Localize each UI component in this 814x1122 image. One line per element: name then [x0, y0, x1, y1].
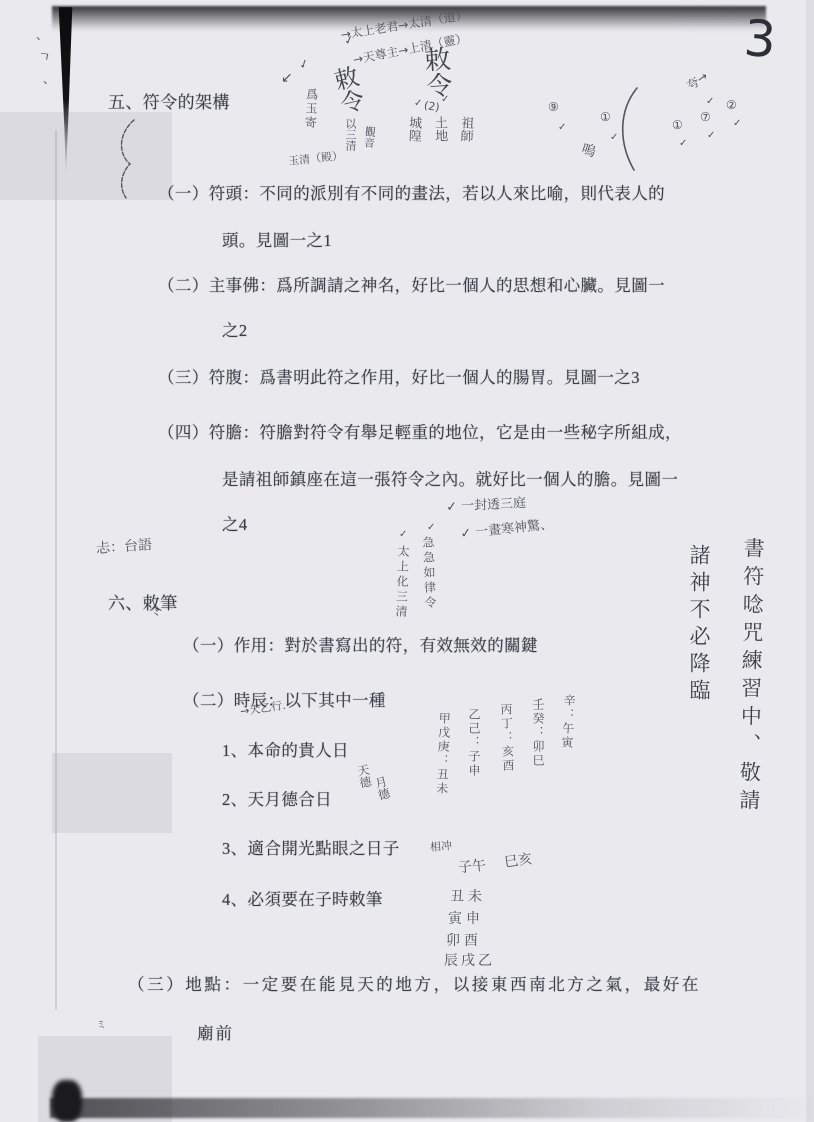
- scan-right-edge-shadow: [806, 0, 814, 1122]
- section5-item4-line2: 是請祖師鎮座在這一張符令之內。就好比一個人的膽。見圖一: [222, 466, 678, 490]
- section6-item3-line2: 廟前: [197, 1020, 234, 1044]
- annotation-clash-sihai: 巳亥: [503, 848, 534, 872]
- section5-item4-line1: （四）符膽：符膽對符令有舉足輕重的地位，它是由一些秘字所組成，: [158, 419, 682, 443]
- checkmark: ✓: [399, 529, 407, 540]
- annotation-temple-mark: ミ: [95, 1015, 107, 1032]
- annotation-clash-maoyou: 卯酉: [446, 930, 482, 950]
- margin-mark: ㄱ: [36, 45, 52, 66]
- annotation-clash-chouwei: 丑未: [450, 886, 486, 906]
- annotation-right-message-col2: 諸神不必降臨: [684, 544, 714, 706]
- circled-number-1: ①: [600, 110, 611, 124]
- annotation-mantra-jiji: 急急如律令: [420, 536, 440, 612]
- annotation-stems-col-bingding: 丙丁：亥酉: [498, 703, 517, 774]
- scan-blotch-bottom-left: [52, 1080, 82, 1122]
- section6-sub3: 3、適合開光點眼之日子: [222, 835, 400, 859]
- annotation-clash-chenxu: 辰戌乙: [444, 950, 495, 970]
- circled-number-7: ⑦: [700, 110, 711, 124]
- annotation-clash-yinshen: 寅申: [448, 908, 484, 928]
- hand-curve-right: [615, 86, 641, 174]
- annotation-guanyin-column: 觀音: [360, 125, 378, 148]
- annotation-corner-scribble: 夸→: [683, 67, 711, 94]
- annotation-yuqing-scribble: 玉清（殿）: [287, 147, 343, 169]
- page-number: 3: [742, 9, 778, 69]
- annotation-tick-small: 仒: [150, 602, 162, 619]
- section5-item3-line1: （三）符腹：爲書明此符之作用，好比一個人的腸胃。見圖一之3: [158, 364, 640, 388]
- scanned-document-page: 五、符令的架構 （一）符頭：不同的派別有不同的畫法，若以人來比喻，則代表人的 頭…: [0, 0, 814, 1122]
- section5-item1-line2: 頭。見圖一之1: [222, 227, 332, 251]
- paper-edge-line: [55, 130, 57, 1010]
- checkmark: ✓: [297, 56, 311, 73]
- annotation-seal-note-2: ✓ 一畫寒神驚、: [459, 513, 554, 542]
- margin-mark: 、: [36, 26, 48, 43]
- annotation-mantra-taishang: 太上化三清: [393, 545, 413, 621]
- hand-curve-brace: [112, 118, 144, 202]
- annotation-chiling-2: 敕令: [416, 45, 457, 99]
- checkmark: ✓: [707, 130, 715, 141]
- annotation-right-message-col1: 書符唸咒練習中、敬請: [734, 537, 769, 817]
- annotation-sanqing-column: 以三清: [342, 118, 358, 151]
- section6-sub4: 4、必須要在子時敕筆: [222, 886, 383, 910]
- annotation-ming-scribble: 嗚: [579, 138, 598, 161]
- circled-number-1: ①: [672, 118, 683, 132]
- checkmark: ✓: [733, 118, 741, 129]
- photocopy-shadow-top-left: [0, 112, 172, 200]
- annotation-stems-col-yiji: 乙己：子申: [466, 708, 483, 778]
- annotation-left-scribble-column: 爲玉寄: [302, 88, 321, 131]
- section5-item1-line1: （一）符頭：不同的派別有不同的畫法，若以人來比喻，則代表人的: [158, 180, 665, 204]
- annotation-seal-note-1: ✓ 一封透三庭: [446, 492, 527, 515]
- section5-heading: 五、符令的架構: [108, 88, 230, 113]
- annotation-yuede: 月德: [371, 774, 393, 801]
- checkmark: ✓: [441, 94, 449, 105]
- section6-heading: 六、敕筆: [108, 589, 178, 614]
- section5-item4-line3: 之4: [222, 511, 248, 535]
- checkmark: ✓: [558, 122, 566, 133]
- circled-number-2: ②: [726, 98, 737, 112]
- section5-item2-line1: （二）主事佛：爲所調請之神名，好比一個人的思想和心臟。見圖一: [158, 272, 665, 296]
- checkmark: ✓: [679, 138, 687, 149]
- annotation-stems-col-xin: 辛：午寅: [559, 694, 579, 751]
- annotation-chenghuang: 城隍: [404, 116, 424, 143]
- arrow-southwest-icon: ↙: [281, 70, 293, 86]
- margin-mark: 、: [43, 70, 55, 87]
- scan-dark-band-bottom: [50, 1098, 814, 1118]
- annotation-taiwanese-note: 忐：台語: [95, 534, 152, 558]
- checkmark: ✓: [427, 522, 435, 533]
- section6-sub1: 1、本命的貴人日: [222, 737, 349, 761]
- checkmark: ✓: [706, 96, 714, 107]
- section5-item2-line2: 之2: [222, 317, 248, 341]
- annotation-tudi: 土地: [430, 116, 450, 143]
- annotation-zushi: 祖師: [455, 116, 475, 143]
- section6-item3-line1: （三）地點：一定要在能見天的地方，以接東西南北方之氣，最好在: [128, 971, 701, 995]
- section6-item1: （一）作用：對於書寫出的符，有效無效的關鍵: [183, 632, 538, 656]
- annotation-stems-col-rengui: 壬癸：卯巳: [530, 698, 547, 768]
- annotation-deity-columns: 城隍 土地 祖師: [404, 116, 475, 142]
- annotation-stems-col-jiawu: 甲戊庚：丑未: [434, 712, 454, 797]
- annotation-clash-ziwu: 子午: [457, 855, 487, 877]
- photocopy-shadow-mid-left: [52, 753, 172, 833]
- circled-number-9: ⑨: [548, 100, 559, 114]
- annotation-paren-2: (2): [423, 99, 441, 115]
- annotation-chiling-1: 敕令: [325, 62, 371, 117]
- checkmark: ✓: [414, 98, 422, 109]
- annotation-xiangchong: 相冲: [429, 837, 452, 855]
- annotation-tiande: 天德: [354, 763, 375, 790]
- section6-sub2: 2、天月德合日: [222, 786, 332, 810]
